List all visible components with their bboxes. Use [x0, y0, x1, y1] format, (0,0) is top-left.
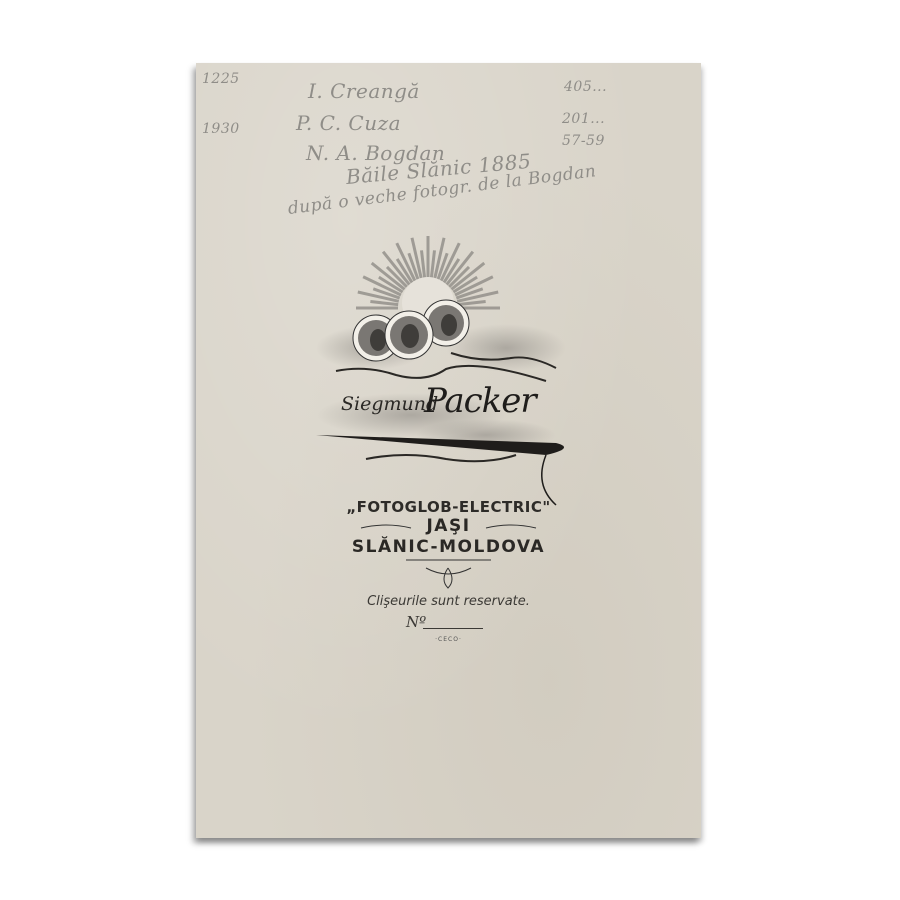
printer-mark: ·CECO· [196, 636, 701, 643]
studio-name: „FOTOGLOB-ELECTRIC" [196, 498, 701, 516]
signature-last-name: Packer [424, 381, 536, 421]
city-iasi: JAŞI [196, 516, 701, 536]
photo-card-back: 1225 1930 I. Creangă P. C. Cuza N. A. Bo… [196, 63, 701, 838]
medallion-icon [385, 311, 433, 359]
rights-notice: Clişeurile sunt reservate. [196, 594, 701, 609]
city-slanic: SLĂNIC-MOLDOVA [196, 537, 701, 557]
studio-emblem [196, 63, 701, 838]
number-blank-line [423, 628, 483, 629]
